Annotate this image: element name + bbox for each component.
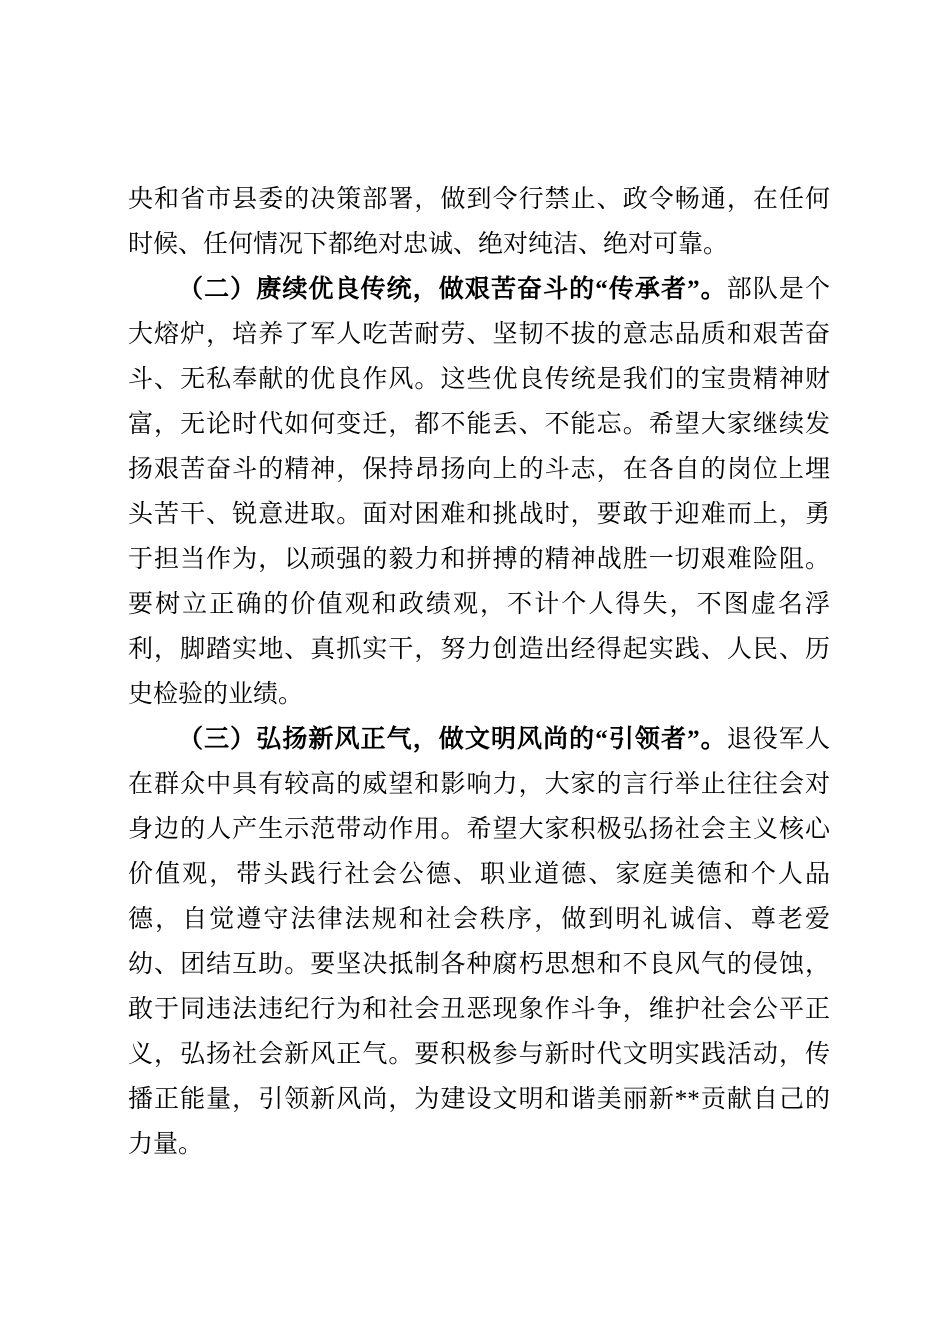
document-line: 利，脚踏实地、真抓实干，努力创造出经得起实践、人民、历 <box>128 627 830 672</box>
document-line: 扬艰苦奋斗的精神，保持昂扬向上的斗志，在各自的岗位上埋 <box>128 447 830 492</box>
document-line: （二）赓续优良传统，做艰苦奋斗的“传承者”。部队是个 <box>128 267 830 312</box>
body-text: 富，无论时代如何变迁，都不能丢、不能忘。希望大家继续发 <box>128 411 830 438</box>
body-text: 敢于同违法违纪行为和社会丑恶现象作斗争，维护社会公平正 <box>128 996 830 1023</box>
document-body: 央和省市县委的决策部署，做到令行禁止、政令畅通，在任何时候、任何情况下都绝对忠诚… <box>128 177 830 1167</box>
body-text: 身边的人产生示范带动作用。希望大家积极弘扬社会主义核心 <box>128 816 830 843</box>
body-text: 扬艰苦奋斗的精神，保持昂扬向上的斗志，在各自的岗位上埋 <box>128 456 830 483</box>
document-line: 斗、无私奉献的优良作风。这些优良传统是我们的宝贵精神财 <box>128 357 830 402</box>
body-text: 价值观，带头践行社会公德、职业道德、家庭美德和个人品 <box>128 861 830 888</box>
document-line: 头苦干、锐意进取。面对困难和挑战时，要敢于迎难而上，勇 <box>128 492 830 537</box>
body-text: 力量。 <box>128 1131 203 1158</box>
document-line: 身边的人产生示范带动作用。希望大家积极弘扬社会主义核心 <box>128 807 830 852</box>
document-line: 价值观，带头践行社会公德、职业道德、家庭美德和个人品 <box>128 852 830 897</box>
paragraph-section-two: （二）赓续优良传统，做艰苦奋斗的“传承者”。部队是个大熔炉，培养了军人吃苦耐劳、… <box>128 267 830 717</box>
section-heading-text: （三）弘扬新风正气，做文明风尚的“引领者”。 <box>178 726 727 753</box>
body-text: 央和省市县委的决策部署，做到令行禁止、政令畅通，在任何 <box>128 186 830 213</box>
document-line: 德，自觉遵守法律法规和社会秩序，做到明礼诚信、尊老爱 <box>128 897 830 942</box>
body-text: 头苦干、锐意进取。面对困难和挑战时，要敢于迎难而上，勇 <box>128 501 830 528</box>
body-text: 播正能量，引领新风尚，为建设文明和谐美丽新**贡献自己的 <box>128 1086 830 1113</box>
document-line: 力量。 <box>128 1122 830 1167</box>
body-text: 在群众中具有较高的威望和影响力，大家的言行举止往往会对 <box>128 771 830 798</box>
paragraph-continuation: 央和省市县委的决策部署，做到令行禁止、政令畅通，在任何时候、任何情况下都绝对忠诚… <box>128 177 830 267</box>
document-page: 央和省市县委的决策部署，做到令行禁止、政令畅通，在任何时候、任何情况下都绝对忠诚… <box>0 0 950 1344</box>
body-text: 史检验的业绩。 <box>128 681 303 708</box>
document-line: 幼、团结互助。要坚决抵制各种腐朽思想和不良风气的侵蚀， <box>128 942 830 987</box>
body-text: 要树立正确的价值观和政绩观，不计个人得失，不图虚名浮 <box>128 591 830 618</box>
document-line: 敢于同违法违纪行为和社会丑恶现象作斗争，维护社会公平正 <box>128 987 830 1032</box>
body-text: 德，自觉遵守法律法规和社会秩序，做到明礼诚信、尊老爱 <box>128 906 830 933</box>
document-line: 在群众中具有较高的威望和影响力，大家的言行举止往往会对 <box>128 762 830 807</box>
section-heading-text: （二）赓续优良传统，做艰苦奋斗的“传承者”。 <box>178 276 727 303</box>
document-line: 央和省市县委的决策部署，做到令行禁止、政令畅通，在任何 <box>128 177 830 222</box>
document-line: （三）弘扬新风正气，做文明风尚的“引领者”。退役军人 <box>128 717 830 762</box>
body-text: 部队是个 <box>727 276 830 303</box>
document-line: 义，弘扬社会新风正气。要积极参与新时代文明实践活动，传 <box>128 1032 830 1077</box>
body-text: 义，弘扬社会新风正气。要积极参与新时代文明实践活动，传 <box>128 1041 830 1068</box>
body-text: 退役军人 <box>727 726 830 753</box>
paragraph-section-three: （三）弘扬新风正气，做文明风尚的“引领者”。退役军人在群众中具有较高的威望和影响… <box>128 717 830 1167</box>
document-line: 时候、任何情况下都绝对忠诚、绝对纯洁、绝对可靠。 <box>128 222 830 267</box>
body-text: 斗、无私奉献的优良作风。这些优良传统是我们的宝贵精神财 <box>128 366 830 393</box>
body-text: 幼、团结互助。要坚决抵制各种腐朽思想和不良风气的侵蚀， <box>128 951 830 978</box>
document-line: 要树立正确的价值观和政绩观，不计个人得失，不图虚名浮 <box>128 582 830 627</box>
document-line: 富，无论时代如何变迁，都不能丢、不能忘。希望大家继续发 <box>128 402 830 447</box>
body-text: 利，脚踏实地、真抓实干，努力创造出经得起实践、人民、历 <box>128 636 830 663</box>
body-text: 大熔炉，培养了军人吃苦耐劳、坚韧不拔的意志品质和艰苦奋 <box>128 321 830 348</box>
document-line: 大熔炉，培养了军人吃苦耐劳、坚韧不拔的意志品质和艰苦奋 <box>128 312 830 357</box>
body-text: 于担当作为，以顽强的毅力和拼搏的精神战胜一切艰难险阻。 <box>128 546 830 573</box>
document-line: 播正能量，引领新风尚，为建设文明和谐美丽新**贡献自己的 <box>128 1077 830 1122</box>
document-line: 史检验的业绩。 <box>128 672 830 717</box>
body-text: 时候、任何情况下都绝对忠诚、绝对纯洁、绝对可靠。 <box>128 231 728 258</box>
document-line: 于担当作为，以顽强的毅力和拼搏的精神战胜一切艰难险阻。 <box>128 537 830 582</box>
